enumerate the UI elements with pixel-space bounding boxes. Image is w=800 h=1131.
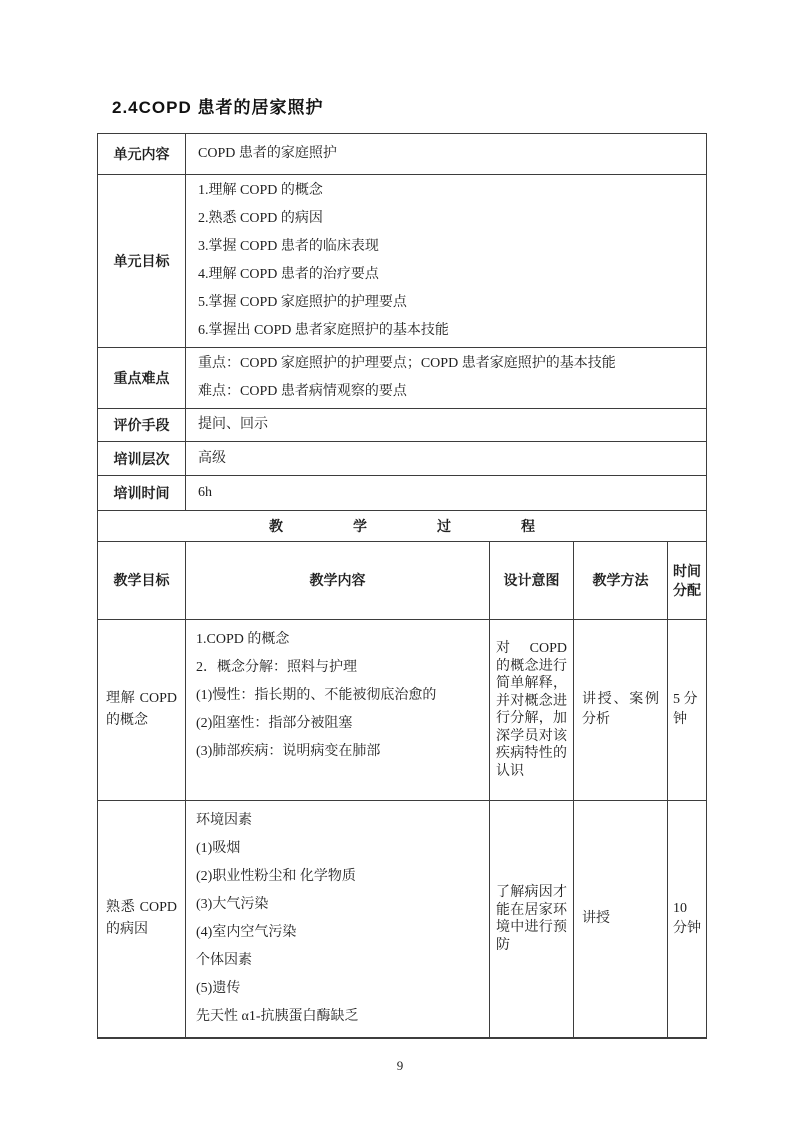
row-unit-content: 单元内容 COPD 患者的家庭照护 (98, 134, 707, 175)
column-header-design-intent: 设计意图 (490, 542, 574, 620)
evaluation-method-label: 评价手段 (98, 409, 186, 442)
row-training-time: 培训时间 6h (98, 476, 707, 511)
section-title: 2.4COPD 患者的居家照护 (112, 93, 706, 118)
unit-content-value: COPD 患者的家庭照护 (186, 134, 707, 175)
column-header-teaching-content: 教学内容 (186, 542, 490, 620)
intent-cell-concept: 对 COPD 的概念进行简单解释，并对概念进行分解，加深学员对该疾病特性的认识 (490, 620, 574, 801)
training-time-value: 6h (186, 476, 707, 511)
method-cell-concept: 讲授、案例分析 (574, 620, 668, 801)
process-row-concept: 理解 COPD 的概念 1.COPD 的概念 2．概念分解：照料与护理 (1)慢… (98, 620, 707, 801)
unit-goals-value: 1.理解 COPD 的概念 2.熟悉 COPD 的病因 3.掌握 COPD 患者… (186, 175, 707, 348)
column-header-teaching-goal: 教学目标 (98, 542, 186, 620)
unit-goals-label: 单元目标 (98, 175, 186, 348)
row-training-level: 培训层次 高级 (98, 442, 707, 476)
row-teaching-process-banner: 教学过程 (98, 511, 707, 542)
page-number: 9 (0, 1058, 800, 1074)
training-level-value: 高级 (186, 442, 707, 476)
content-cell-concept: 1.COPD 的概念 2．概念分解：照料与护理 (1)慢性：指长期的、不能被彻底… (186, 620, 490, 801)
process-row-etiology: 熟悉 COPD 的病因 环境因素 (1)吸烟 (2)职业性粉尘和 化学物质 (3… (98, 801, 707, 1039)
key-difficulties-label: 重点难点 (98, 348, 186, 409)
teaching-process-title: 教学过程 (269, 518, 605, 534)
training-time-label: 培训时间 (98, 476, 186, 511)
key-difficulties-value: 重点：COPD 家庭照护的护理要点；COPD 患者家庭照护的基本技能 难点：CO… (186, 348, 707, 409)
time-cell-etiology: 10 分钟 (668, 801, 707, 1039)
content-cell-etiology: 环境因素 (1)吸烟 (2)职业性粉尘和 化学物质 (3)大气污染 (4)室内空… (186, 801, 490, 1039)
lesson-plan-table: 单元内容 COPD 患者的家庭照护 单元目标 1.理解 COPD 的概念 2.熟… (97, 133, 707, 1039)
method-cell-etiology: 讲授 (574, 801, 668, 1039)
column-header-time-allocation: 时间分配 (668, 542, 707, 620)
content-area: 2.4COPD 患者的居家照护 单元内容 COPD 患者的家庭照护 单元目标 1… (97, 93, 706, 1039)
column-header-teaching-method: 教学方法 (574, 542, 668, 620)
intent-cell-etiology: 了解病因才能在居家环境中进行预防 (490, 801, 574, 1039)
time-cell-concept: 5 分钟 (668, 620, 707, 801)
document-page: 2.4COPD 患者的居家照护 单元内容 COPD 患者的家庭照护 单元目标 1… (0, 0, 800, 1131)
row-key-difficulties: 重点难点 重点：COPD 家庭照护的护理要点；COPD 患者家庭照护的基本技能 … (98, 348, 707, 409)
teaching-process-banner-cell: 教学过程 (98, 511, 707, 542)
row-process-header: 教学目标 教学内容 设计意图 教学方法 时间分配 (98, 542, 707, 620)
row-evaluation-method: 评价手段 提问、回示 (98, 409, 707, 442)
training-level-label: 培训层次 (98, 442, 186, 476)
evaluation-method-value: 提问、回示 (186, 409, 707, 442)
row-unit-goals: 单元目标 1.理解 COPD 的概念 2.熟悉 COPD 的病因 3.掌握 CO… (98, 175, 707, 348)
goal-cell-etiology: 熟悉 COPD 的病因 (98, 801, 186, 1039)
goal-cell-concept: 理解 COPD 的概念 (98, 620, 186, 801)
unit-content-label: 单元内容 (98, 134, 186, 175)
